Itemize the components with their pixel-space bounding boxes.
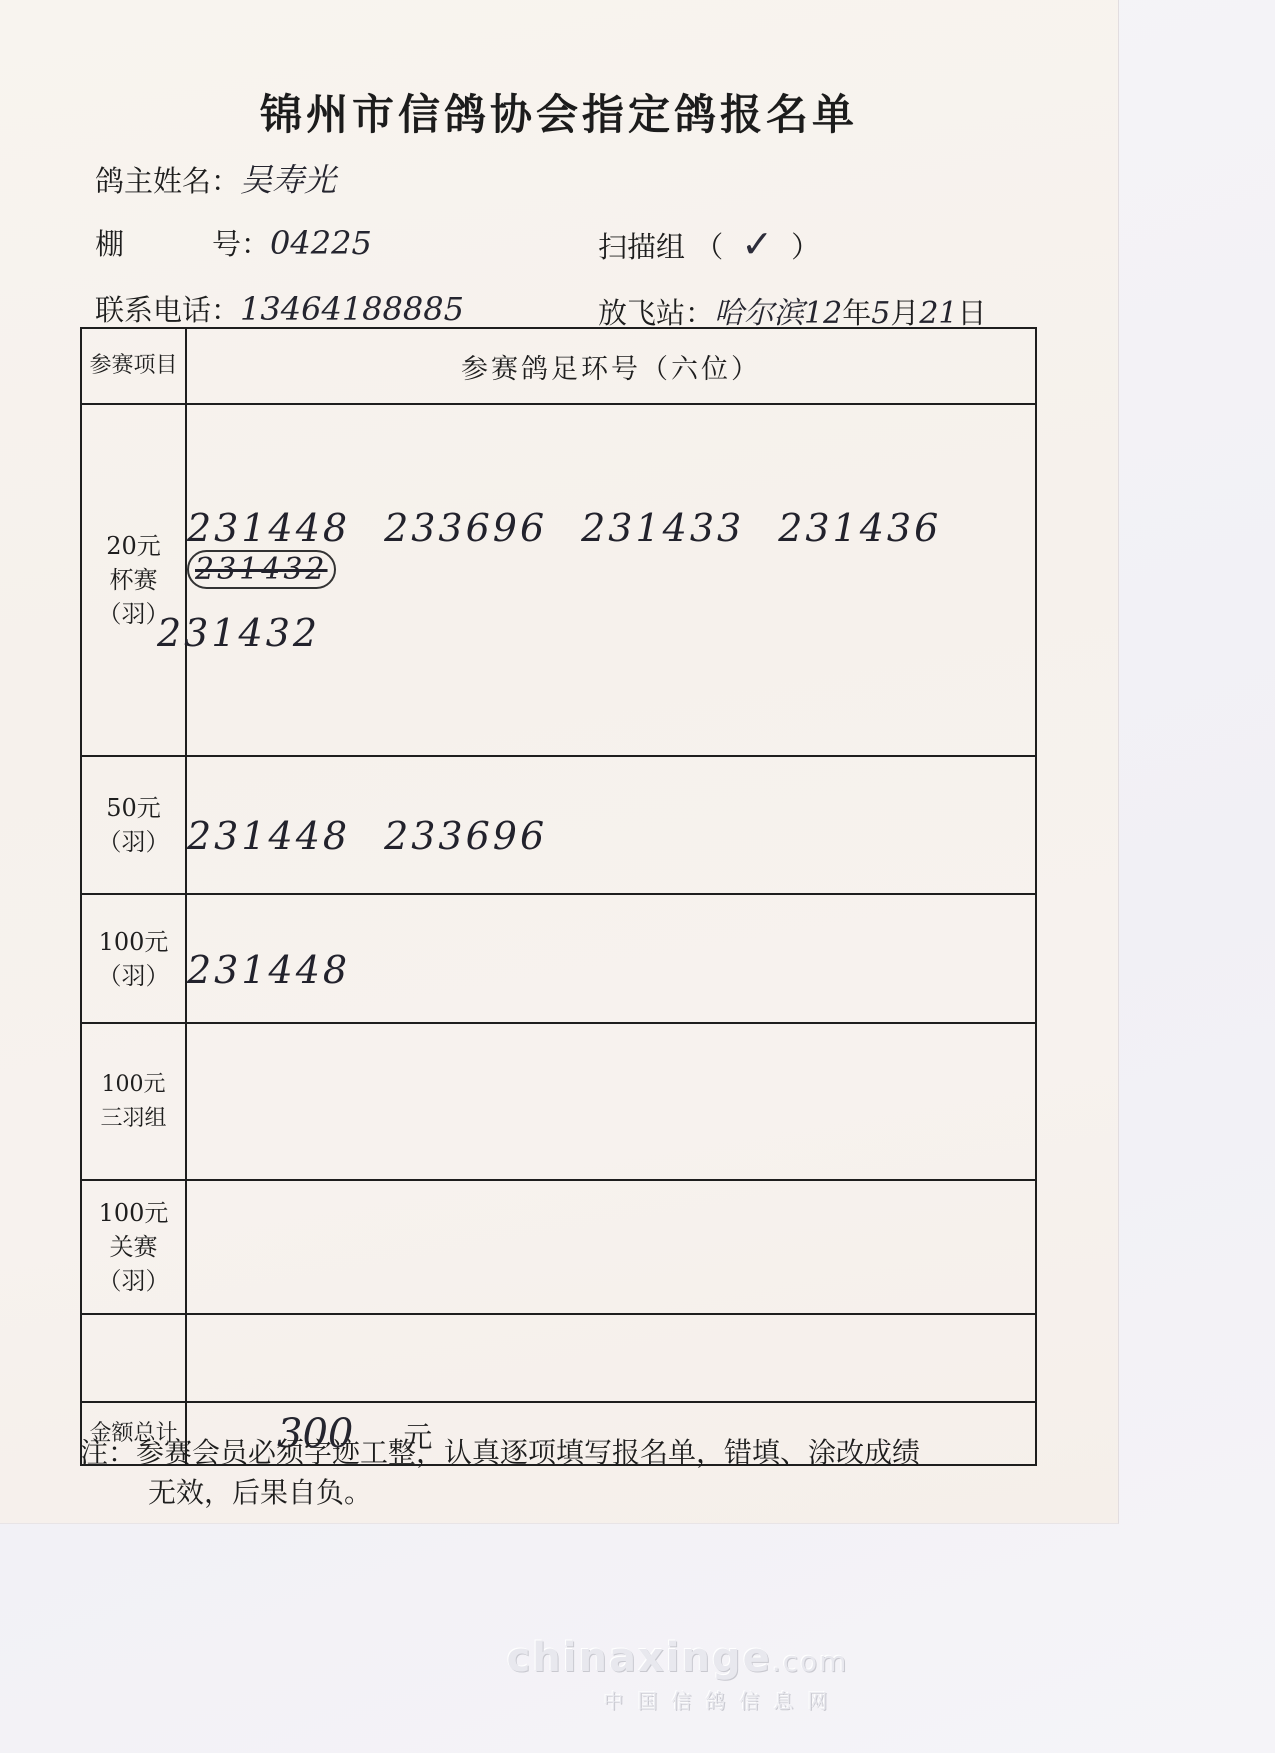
row-label: 100元 关赛 （羽） <box>81 1180 186 1314</box>
scan-group-open-paren: （ <box>694 230 723 264</box>
row-label <box>81 1314 186 1402</box>
ring-entries <box>186 1314 1036 1402</box>
ring-number: 231448 <box>187 506 350 550</box>
shed-number-value: 04225 <box>270 224 372 262</box>
date-year-label: 年 <box>842 296 871 330</box>
row-label: 100元 （羽） <box>81 894 186 1023</box>
release-station-field: 放飞站：哈尔滨12年5月21日 <box>598 288 987 332</box>
watermark-domain: chinaxinge.com <box>80 1635 1275 1681</box>
owner-name-field: 鸽主姓名：吴寿光 <box>95 155 336 201</box>
registration-form-paper: 锦州市信鸽协会指定鸽报名单 鸽主姓名：吴寿光 棚号：04225 扫描组 （✓） … <box>0 0 1119 1524</box>
ring-number: 233696 <box>384 506 547 550</box>
shed-number-field: 棚号：04225 <box>95 222 372 263</box>
ring-line-1: 231448233696231433231436231432 <box>187 506 1035 589</box>
scan-group-field: 扫描组 （✓） <box>598 222 820 266</box>
date-day-value: 21 <box>919 296 957 331</box>
date-year-value: 12 <box>804 296 842 331</box>
date-month-value: 5 <box>871 296 890 331</box>
watermark-site-name: 中国信鸽信息网 <box>170 1685 1275 1714</box>
row-label: 100元 三羽组 <box>81 1023 186 1180</box>
shed-number-label-1: 棚 <box>95 227 124 261</box>
row-label: 50元 （羽） <box>81 756 186 894</box>
struck-ring-number: 231432 <box>187 550 336 589</box>
note-line-2: 无效，后果自负。 <box>80 1473 1050 1513</box>
header-ring-column: 参赛鸽足环号（六位） <box>186 328 1036 404</box>
ring-number: 231448 <box>187 948 350 992</box>
ring-number: 231432 <box>157 611 320 655</box>
ring-line-2: 231432 <box>157 611 1035 655</box>
row-label: 20元 杯赛 （羽） <box>81 404 186 756</box>
ring-entries <box>186 1023 1036 1180</box>
ring-number: 231433 <box>581 506 744 550</box>
shed-number-label-2: 号： <box>212 227 270 261</box>
table-row-blank <box>81 1314 1036 1402</box>
ring-entries: 231448 <box>186 894 1036 1023</box>
scan-group-close-paren: ） <box>791 230 820 264</box>
phone-label: 联系电话： <box>95 293 240 327</box>
date-day-label: 日 <box>958 296 987 330</box>
ring-entries: 231448233696231433231436231432 231432 <box>186 404 1036 756</box>
release-station-label: 放飞站： <box>598 296 714 330</box>
form-note: 注：参赛会员必须字迹工整，认真逐项填写报名单，错填、涂改成绩 无效，后果自负。 <box>80 1433 1050 1513</box>
ring-number: 233696 <box>384 814 547 858</box>
form-title: 锦州市信鸽协会指定鸽报名单 <box>0 82 1118 142</box>
checkmark-icon: ✓ <box>741 222 773 266</box>
table-row-100: 100元 （羽） 231448 <box>81 894 1036 1023</box>
note-line-1: 注：参赛会员必须字迹工整，认真逐项填写报名单，错填、涂改成绩 <box>80 1436 920 1469</box>
phone-field: 联系电话：13464188885 <box>95 288 464 329</box>
date-month-label: 月 <box>890 296 919 330</box>
entry-table: 参赛项目 参赛鸽足环号（六位） 20元 杯赛 （羽） 2314482336962… <box>80 327 1037 1466</box>
ring-entries <box>186 1180 1036 1314</box>
table-row-20-cup: 20元 杯赛 （羽） 23144823369623143323143623143… <box>81 404 1036 756</box>
site-watermark: chinaxinge.com 中国信鸽信息网 <box>0 1635 1275 1714</box>
release-station-value: 哈尔滨 <box>714 296 804 331</box>
ring-number: 231448 <box>187 814 350 858</box>
table-row-100-three-bird-group: 100元 三羽组 <box>81 1023 1036 1180</box>
table-header-row: 参赛项目 参赛鸽足环号（六位） <box>81 328 1036 404</box>
owner-name-value: 吴寿光 <box>240 161 336 199</box>
ring-number: 231436 <box>778 506 941 550</box>
table-row-50: 50元 （羽） 231448233696 <box>81 756 1036 894</box>
header-event-column: 参赛项目 <box>81 328 186 404</box>
table-row-100-closed-race: 100元 关赛 （羽） <box>81 1180 1036 1314</box>
scan-group-label: 扫描组 <box>598 230 685 264</box>
owner-name-label: 鸽主姓名： <box>95 164 240 198</box>
ring-entries: 231448233696 <box>186 756 1036 894</box>
phone-value: 13464188885 <box>240 290 464 328</box>
